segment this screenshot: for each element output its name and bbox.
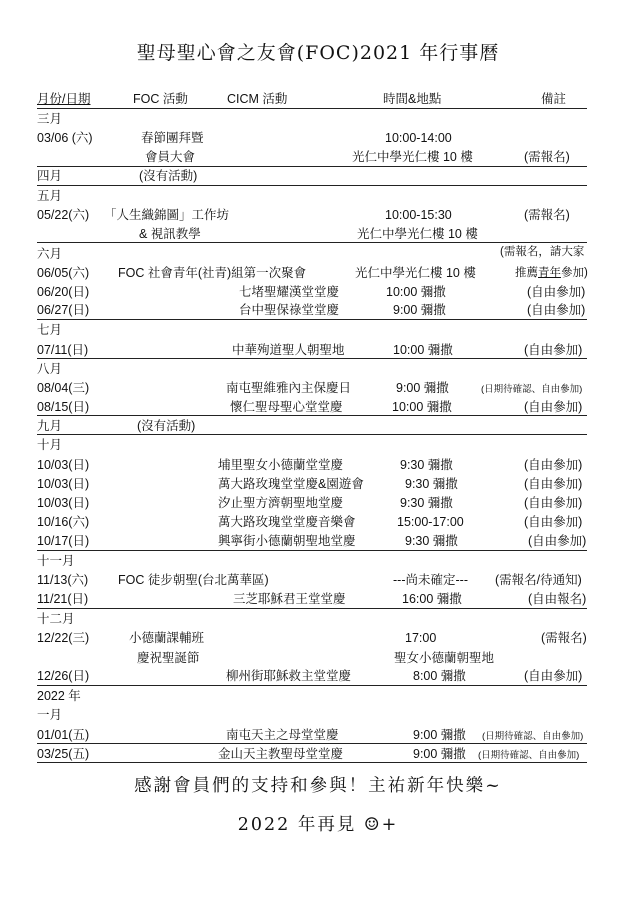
row-cicm: 七堵聖耀漢堂堂慶: [239, 284, 339, 300]
footer-thanks: 感謝會員們的支持和參與！主祐新年快樂~: [0, 772, 636, 797]
row-note: (需報名，請大家: [500, 244, 584, 260]
row-note: (自由參加): [524, 399, 582, 415]
row-date: 12/22(三): [37, 630, 89, 646]
row-foc: 小德蘭課輔班: [129, 630, 204, 646]
row-cicm: 南屯天主之母堂堂慶: [226, 727, 339, 743]
row-date: 08/04(三): [37, 380, 89, 396]
divider: [37, 415, 587, 416]
row-time: 9:30 彌撒: [405, 533, 458, 549]
month-label-january: 一月: [37, 707, 62, 723]
month-label-october: 十月: [37, 437, 62, 453]
row-note: (自由參加): [527, 284, 585, 300]
month-label-november: 十一月: [37, 553, 75, 569]
row-cicm: 埔里聖女小德蘭堂堂慶: [218, 457, 343, 473]
row-note: (自由報名): [528, 591, 586, 607]
row-date: 06/05(六): [37, 265, 89, 281]
row-note: (自由參加): [524, 342, 582, 358]
row-cicm: 懷仁聖母聖心堂堂慶: [230, 399, 343, 415]
row-date: 10/03(日): [37, 495, 89, 511]
month-label-march: 三月: [37, 111, 62, 127]
row-time: 9:30 彌撒: [400, 457, 453, 473]
row-time: 9:00 彌撒: [413, 727, 466, 743]
row-note: (自由參加): [524, 514, 582, 530]
row-cicm: 南屯聖維雅內主保慶日: [226, 380, 351, 396]
month-label-july: 七月: [37, 322, 62, 338]
row-cicm: 興寧街小德蘭朝聖地堂慶: [218, 533, 356, 549]
row-time: 9:30 彌撒: [405, 476, 458, 492]
row-date: 06/27(日): [37, 302, 89, 318]
row-cicm: 萬大路玫瑰堂堂慶&園遊會: [218, 476, 364, 492]
row-date: 08/15(日): [37, 399, 89, 415]
month-label-may: 五月: [37, 188, 62, 204]
year-label-2022: 2022 年: [37, 688, 81, 704]
row-foc-cont: 慶祝聖誕節: [137, 650, 200, 666]
divider: [37, 434, 587, 435]
calendar-page: 聖母聖心會之友會(FOC)2021 年行事曆 月份/日期 FOC 活動 CICM…: [0, 0, 636, 899]
row-date: 05/22(六): [37, 207, 89, 223]
row-note: (需報名/待通知): [495, 572, 582, 588]
row-time: 10:00-14:00: [385, 130, 452, 146]
row-note: (自由參加): [528, 533, 586, 549]
row-date: 10/17(日): [37, 533, 89, 549]
divider: [37, 185, 587, 186]
row-time: 10:00 彌撒: [393, 342, 453, 358]
row-date: 10/03(日): [37, 457, 89, 473]
row-foc-cont: 會員大會: [145, 149, 195, 165]
row-date: 10/16(六): [37, 514, 89, 530]
row-note: (自由參加): [524, 457, 582, 473]
header-divider: [37, 108, 587, 109]
row-cicm: 中華殉道聖人朝聖地: [232, 342, 345, 358]
row-date: 12/26(日): [37, 668, 89, 684]
row-cicm: 三芝耶穌君王堂堂慶: [233, 591, 346, 607]
divider: [37, 166, 587, 167]
row-time: 9:00 彌撒: [396, 380, 449, 396]
row-time: 10:00 彌撒: [392, 399, 452, 415]
row-time: 15:00-17:00: [397, 514, 464, 530]
row-cicm: 台中聖保祿堂堂慶: [239, 302, 339, 318]
row-date: 11/21(日): [37, 591, 88, 607]
row-foc-cont: & 視訊教學: [139, 226, 201, 242]
row-date: 11/13(六): [37, 572, 88, 588]
note-text-underlined: 青年: [538, 267, 561, 279]
row-note: (自由參加): [524, 476, 582, 492]
row-date: 06/20(日): [37, 284, 89, 300]
header-note: 備註: [541, 91, 566, 107]
divider: [37, 358, 587, 359]
row-foc: (沒有活動): [139, 168, 197, 184]
header-time-place: 時間&地點: [383, 91, 441, 107]
row-date: 03/06 (六): [37, 130, 93, 146]
row-cicm: 萬大路玫瑰堂堂慶音樂會: [218, 514, 356, 530]
row-note: (自由參加): [524, 495, 582, 511]
row-foc: 春節團拜暨: [141, 130, 204, 146]
divider: [37, 550, 587, 551]
divider: [37, 319, 587, 320]
month-label-april: 四月: [37, 168, 62, 184]
divider: [37, 608, 587, 609]
row-place: 光仁中學光仁樓 10 樓: [352, 149, 473, 165]
month-label-august: 八月: [37, 361, 62, 377]
month-label-june: 六月: [37, 246, 62, 262]
row-time: 9:00 彌撒: [413, 746, 466, 762]
note-text: 參加): [561, 267, 588, 279]
row-time: 17:00: [405, 630, 436, 646]
row-note: (自由參加): [524, 668, 582, 684]
month-label-december: 十二月: [37, 611, 75, 627]
footer-see-you: 2022 年再見 ☺+: [0, 811, 636, 836]
row-time: 9:30 彌撒: [400, 495, 453, 511]
header-cicm: CICM 活動: [227, 91, 287, 107]
row-note: (需報名): [524, 149, 570, 165]
row-time: 8:00 彌撒: [413, 668, 466, 684]
header-date: 月份/日期: [37, 91, 90, 107]
row-cicm: 金山天主教聖母堂堂慶: [218, 746, 343, 762]
row-place: 光仁中學光仁樓 10 樓: [355, 265, 476, 281]
row-cicm: 柳州街耶穌救主堂堂慶: [226, 668, 351, 684]
row-time: 9:00 彌撒: [393, 302, 446, 318]
row-time: 16:00 彌撒: [402, 591, 462, 607]
header-foc: FOC 活動: [133, 91, 188, 107]
row-foc: FOC 社會青年(社青)組第一次聚會: [118, 265, 306, 281]
row-foc: FOC 徒步朝聖(台北萬華區): [118, 572, 269, 588]
row-date: 10/03(日): [37, 476, 89, 492]
row-place: 光仁中學光仁樓 10 樓: [357, 226, 478, 242]
note-text: 推薦: [515, 267, 538, 279]
row-note: (需報名): [541, 630, 587, 646]
row-note: (自由參加): [527, 302, 585, 318]
row-date: 03/25(五): [37, 746, 89, 762]
divider: [37, 743, 587, 744]
month-label-september: 九月: [37, 418, 62, 434]
page-title: 聖母聖心會之友會(FOC)2021 年行事曆: [0, 38, 636, 65]
row-place: 聖女小德蘭朝聖地: [394, 650, 494, 666]
row-time: 10:00-15:30: [385, 207, 452, 223]
divider: [37, 242, 587, 243]
row-time: 10:00 彌撒: [386, 284, 446, 300]
row-cicm: 汐止聖方濟朝聖地堂慶: [218, 495, 343, 511]
row-foc: 「人生織錦圖」工作坊: [104, 207, 229, 223]
row-note-cont: 推薦青年參加): [515, 265, 588, 281]
row-note: (日期待確認、自由參加): [481, 382, 582, 398]
divider: [37, 685, 587, 686]
row-date: 01/01(五): [37, 727, 89, 743]
row-foc: (沒有活動): [137, 418, 195, 434]
row-date: 07/11(日): [37, 342, 88, 358]
row-note: (需報名): [524, 207, 570, 223]
divider: [37, 762, 587, 763]
row-time: ---尚未確定---: [393, 572, 468, 588]
